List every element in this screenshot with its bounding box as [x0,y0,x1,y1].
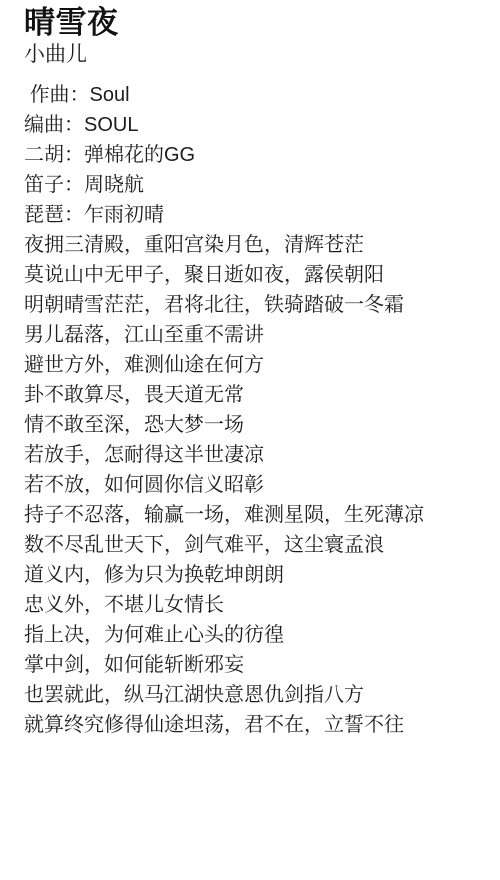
lyric-line: 持子不忍落，输赢一场，难测星陨，生死薄凉 [24,500,480,530]
credit-arranger: 编曲：SOUL [24,110,480,140]
lyric-line: 就算终究修得仙途坦荡，君不在，立誓不往 [24,710,480,740]
credit-erhu: 二胡：弹棉花的GG [24,140,480,170]
lyric-line: 卦不敢算尽，畏天道无常 [24,380,480,410]
lyric-line: 情不敢至深，恐大梦一场 [24,410,480,440]
lyric-line: 若不放，如何圆你信义昭彰 [24,470,480,500]
lyrics-block: 夜拥三清殿，重阳宫染月色，清辉苍茫 莫说山中无甲子，聚日逝如夜，露侯朝阳 明朝晴… [24,230,480,740]
song-title: 晴雪夜 [24,4,480,42]
credit-pipa: 琵琶：乍雨初晴 [24,200,480,230]
artist-name: 小曲儿 [24,42,480,68]
lyric-line: 明朝晴雪茫茫，君将北往，铁骑踏破一冬霜 [24,290,480,320]
lyric-line: 掌中剑，如何能斩断邪妄 [24,650,480,680]
lyric-line: 若放手，怎耐得这半世凄凉 [24,440,480,470]
credits-block: 作曲：Soul 编曲：SOUL 二胡：弹棉花的GG 笛子：周晓航 琵琶：乍雨初晴 [24,80,480,230]
lyric-line: 也罢就此，纵马江湖快意恩仇剑指八方 [24,680,480,710]
lyric-line: 指上决，为何难止心头的彷徨 [24,620,480,650]
lyric-line: 数不尽乱世天下，剑气难平，这尘寰孟浪 [24,530,480,560]
lyric-line: 夜拥三清殿，重阳宫染月色，清辉苍茫 [24,230,480,260]
credit-composer: 作曲：Soul [24,80,480,110]
lyric-line: 莫说山中无甲子，聚日逝如夜，露侯朝阳 [24,260,480,290]
lyrics-page: 晴雪夜 小曲儿 作曲：Soul 编曲：SOUL 二胡：弹棉花的GG 笛子：周晓航… [0,0,500,880]
lyric-line: 男儿磊落，江山至重不需讲 [24,320,480,350]
lyric-line: 道义内，修为只为换乾坤朗朗 [24,560,480,590]
lyric-line: 避世方外，难测仙途在何方 [24,350,480,380]
lyric-line: 忠义外，不堪儿女情长 [24,590,480,620]
credit-flute: 笛子：周晓航 [24,170,480,200]
